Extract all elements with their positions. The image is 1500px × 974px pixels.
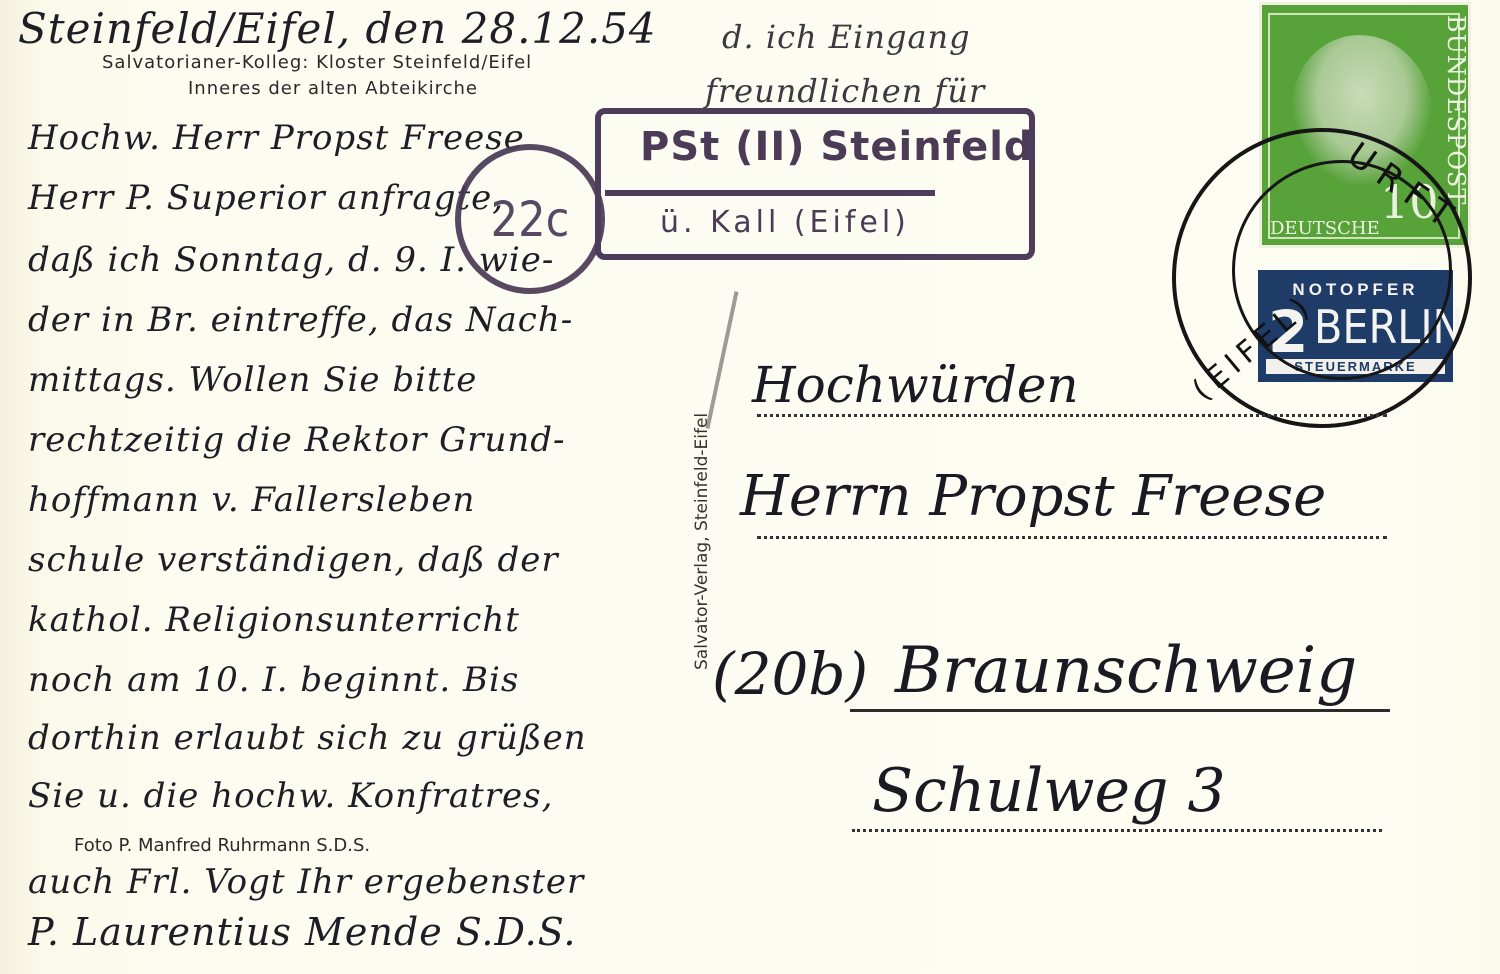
address-name: Herrn Propst Freese — [740, 464, 1326, 529]
address-city: Braunschweig — [895, 634, 1357, 708]
margin-note-line1: d. ich Eingang — [722, 18, 971, 56]
address-postcode: (20b) — [712, 640, 868, 708]
message-line: Sie u. die hochw. Konfratres, — [28, 776, 553, 816]
address-salutation: Hochwürden — [752, 356, 1079, 414]
pencil-arrow-mark — [705, 291, 738, 429]
post-office-cachet: 22c PSt (II) Steinfeld ü. Kall (Eifel) — [455, 102, 1045, 267]
message-line: rechtzeitig die Rektor Grund- — [28, 420, 566, 460]
cachet-divider — [605, 190, 935, 196]
message-line: Hochw. Herr Propst Freese — [28, 118, 525, 158]
message-line: noch am 10. I. beginnt. Bis — [28, 660, 519, 700]
message-line: auch Frl. Vogt Ihr ergebenster — [28, 862, 584, 902]
message-line: schule verständigen, daß der — [28, 540, 559, 580]
printed-caption-line1: Salvatorianer-Kolleg: Kloster Steinfeld/… — [102, 52, 532, 73]
printed-caption-line2: Inneres der alten Abteikirche — [188, 78, 478, 99]
photo-credit: Foto P. Manfred Ruhrmann S.D.S. — [74, 835, 370, 856]
cachet-office-name: PSt (II) Steinfeld — [640, 124, 1034, 170]
message-line: hoffmann v. Fallersleben — [28, 480, 475, 520]
place-date-handwritten: Steinfeld/Eifel, den 28.12.54 — [18, 4, 657, 53]
stamp-side-text: BUNDESPOST — [1442, 15, 1470, 205]
message-line: Herr P. Superior anfragte, — [28, 178, 504, 218]
message-line: mittags. Wollen Sie bitte — [28, 360, 477, 400]
message-line: kathol. Religionsunterricht — [28, 600, 520, 640]
cachet-circle: 22c — [455, 144, 605, 294]
address-street: Schulweg 3 — [872, 756, 1226, 826]
message-line: der in Br. eintreffe, das Nach- — [28, 300, 573, 340]
postcard-back: Steinfeld/Eifel, den 28.12.54 Salvatoria… — [0, 0, 1500, 974]
signature: P. Laurentius Mende S.D.S. — [28, 910, 576, 954]
cachet-routing: ü. Kall (Eifel) — [660, 205, 910, 240]
message-line: dorthin erlaubt sich zu grüßen — [28, 718, 587, 758]
publisher-imprint: Salvator-Verlag, Steinfeld-Eifel — [692, 413, 712, 670]
